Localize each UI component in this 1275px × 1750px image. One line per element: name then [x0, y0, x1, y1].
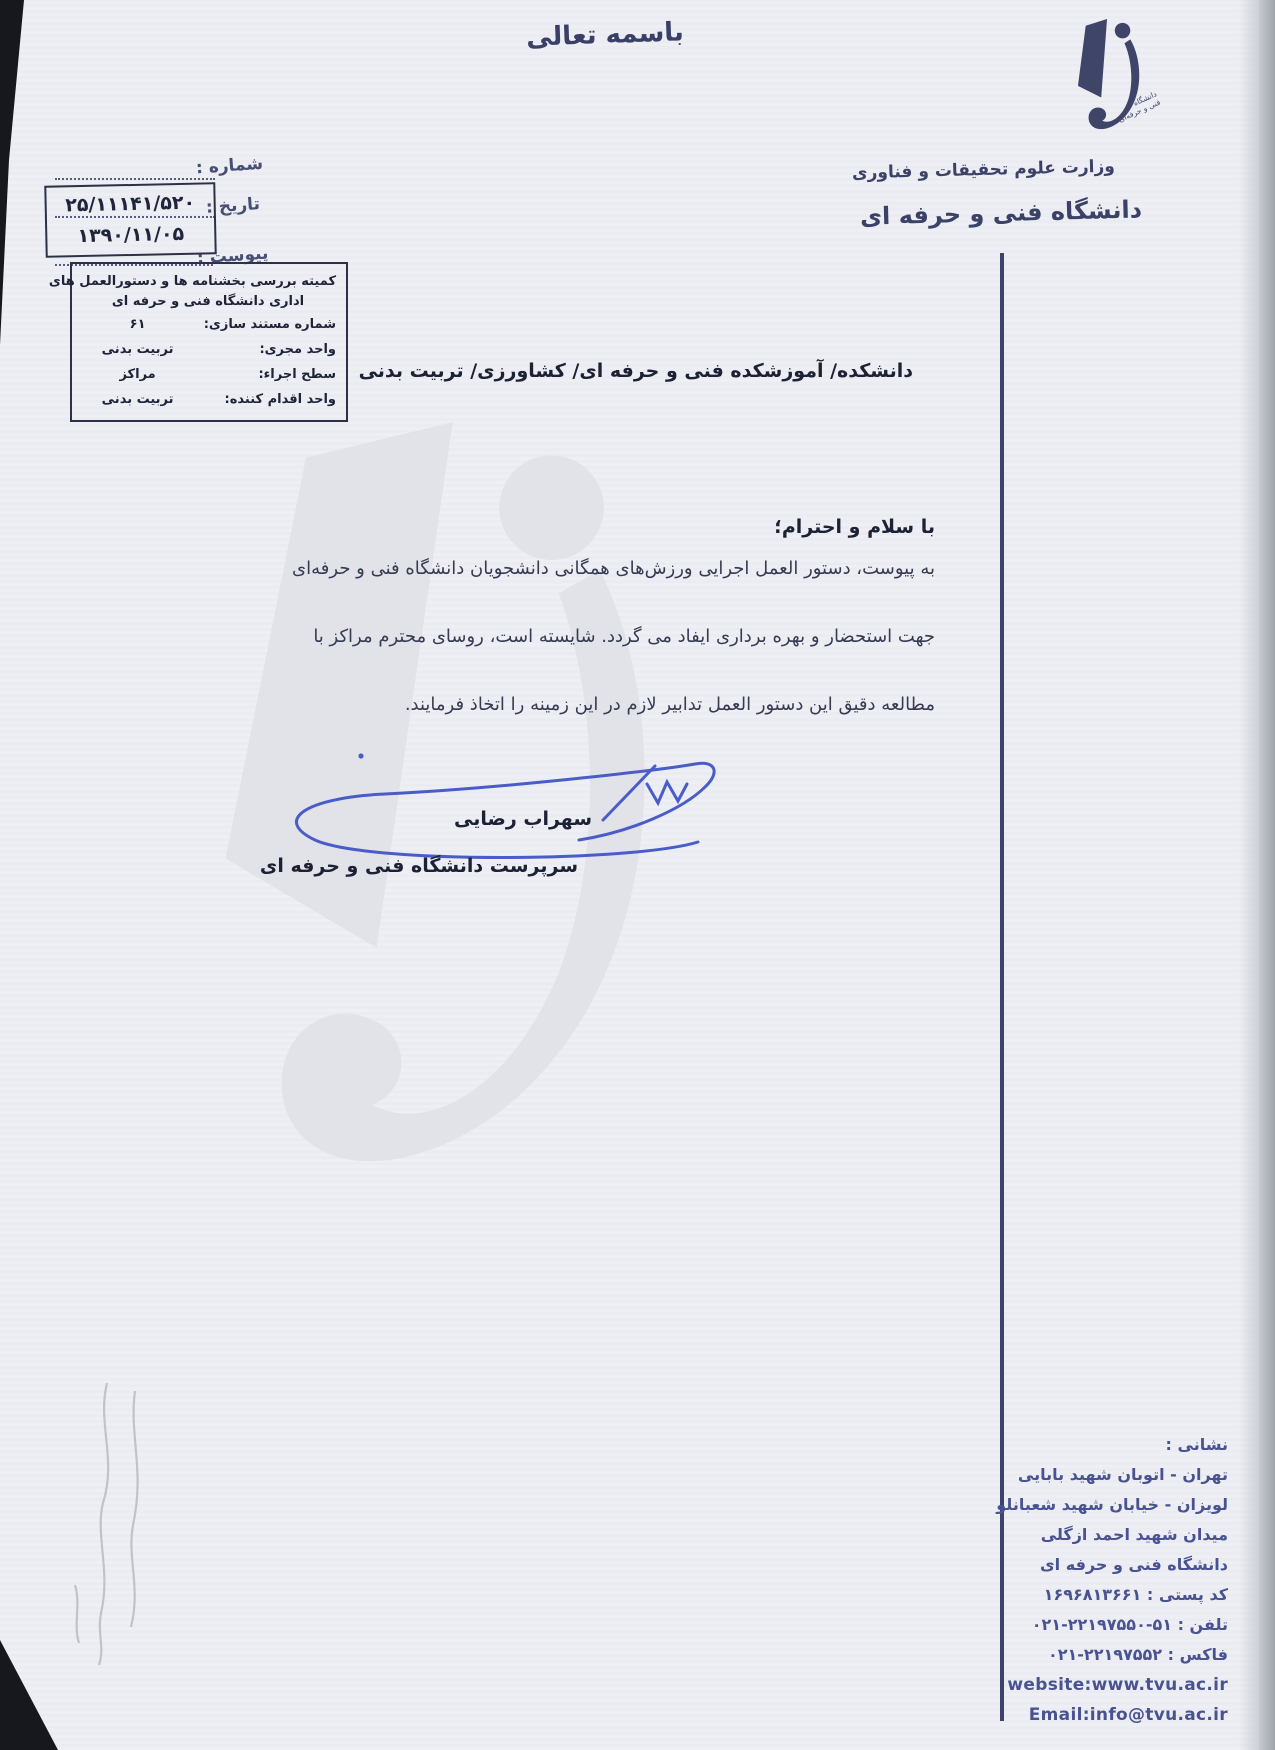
bismillah: باسمه تعالی	[505, 17, 706, 54]
reference-stamp-box: ۲۵/۱۱۱۴۱/۵۲۰ ۱۳۹۰/۱۱/۰۵	[44, 182, 216, 258]
phone-label: تلفن :	[1178, 1615, 1228, 1634]
committee-row-label: شماره مستند سازی:	[204, 312, 336, 337]
stamp-number: ۲۵/۱۱۱۴۱/۵۲۰	[65, 188, 195, 222]
scan-edge-shadow	[1239, 0, 1259, 1750]
university-logo-icon	[1062, 18, 1154, 144]
fax-line: فاکس : ۰۲۱-۲۲۱۹۷۵۵۲	[908, 1640, 1228, 1670]
committee-row-label: واحد اقدام کننده:	[225, 387, 336, 412]
email-line: Email:info@tvu.ac.ir	[908, 1700, 1228, 1730]
committee-row: شماره مستند سازی: ۶۱	[80, 312, 336, 337]
salutation: با سلام و احترام؛	[774, 516, 935, 538]
address-line: لویزان - خیابان شهید شعبانلو	[908, 1490, 1228, 1520]
postal-code-label: کد پستی :	[1147, 1585, 1228, 1604]
scan-edge-band	[1259, 0, 1275, 1750]
ref-number-dotline	[55, 178, 215, 180]
committee-box: کمیته بررسی بخشنامه ها و دستورالعمل های …	[70, 262, 348, 422]
address-line: میدان شهید احمد ازگلی	[908, 1520, 1228, 1550]
pencil-scribble	[45, 1375, 175, 1675]
committee-row-value: ۶۱	[80, 312, 195, 337]
committee-row: سطح اجراء: مراکز	[80, 362, 336, 387]
signatory-title: سرپرست دانشگاه فنی و حرفه ای	[260, 855, 578, 877]
fax-value: ۰۲۱-۲۲۱۹۷۵۵۲	[1048, 1645, 1162, 1664]
postal-code-value: ۱۶۹۶۸۱۳۶۶۱	[1044, 1585, 1142, 1604]
body-line: جهت استحضار و بهره برداری ایفاد می گردد.…	[313, 626, 935, 647]
postal-code-line: کد پستی : ۱۶۹۶۸۱۳۶۶۱	[908, 1580, 1228, 1610]
committee-title-line1: کمیته بررسی بخشنامه ها و دستورالعمل های	[80, 272, 336, 292]
address-label: نشانی :	[908, 1430, 1228, 1460]
stamp-date: ۱۳۹۰/۱۱/۰۵	[77, 219, 184, 252]
ref-number-label: شماره :	[195, 154, 263, 179]
committee-row-value: تربیت بدنی	[80, 387, 195, 412]
address-line: دانشگاه فنی و حرفه ای	[908, 1550, 1228, 1580]
committee-title-line2: اداری دانشگاه فنی و حرفه ای	[80, 292, 336, 312]
fax-label: فاکس :	[1168, 1645, 1228, 1664]
university-name: دانشگاه فنی و حرفه ای	[860, 195, 1143, 230]
address-line: تهران - اتوبان شهید بابایی	[908, 1460, 1228, 1490]
recipient-line: دانشکده/ آموزشکده فنی و حرفه ای/ کشاورزی…	[359, 360, 913, 382]
ministry-name: وزارت علوم تحقیقات و فناوری	[852, 157, 1115, 184]
committee-row-value: مراکز	[80, 362, 195, 387]
phone-line: تلفن : ۰۲۱-۲۲۱۹۷۵۵۰-۵۱	[908, 1610, 1228, 1640]
committee-row-label: سطح اجراء:	[258, 362, 336, 387]
website-line: website:www.tvu.ac.ir	[908, 1670, 1228, 1700]
body-line: مطالعه دقیق این دستور العمل تدابیر لازم …	[405, 694, 935, 715]
committee-row-label: واحد مجری:	[259, 337, 336, 362]
committee-row-value: تربیت بدنی	[80, 337, 195, 362]
phone-value: ۰۲۱-۲۲۱۹۷۵۵۰-۵۱	[1032, 1615, 1172, 1634]
scanned-letter-page: باسمه تعالی دانشگاه فنی و حرفه‌ای وزارت …	[0, 0, 1275, 1750]
committee-row: واحد اقدام کننده: تربیت بدنی	[80, 387, 336, 412]
footer-address-block: نشانی : تهران - اتوبان شهید بابایی لویزا…	[908, 1430, 1228, 1730]
signatory-name: سهراب رضایی	[448, 808, 598, 830]
committee-row: واحد مجری: تربیت بدنی	[80, 337, 336, 362]
body-line: به پیوست، دستور العمل اجرایی ورزش‌های هم…	[292, 558, 935, 579]
